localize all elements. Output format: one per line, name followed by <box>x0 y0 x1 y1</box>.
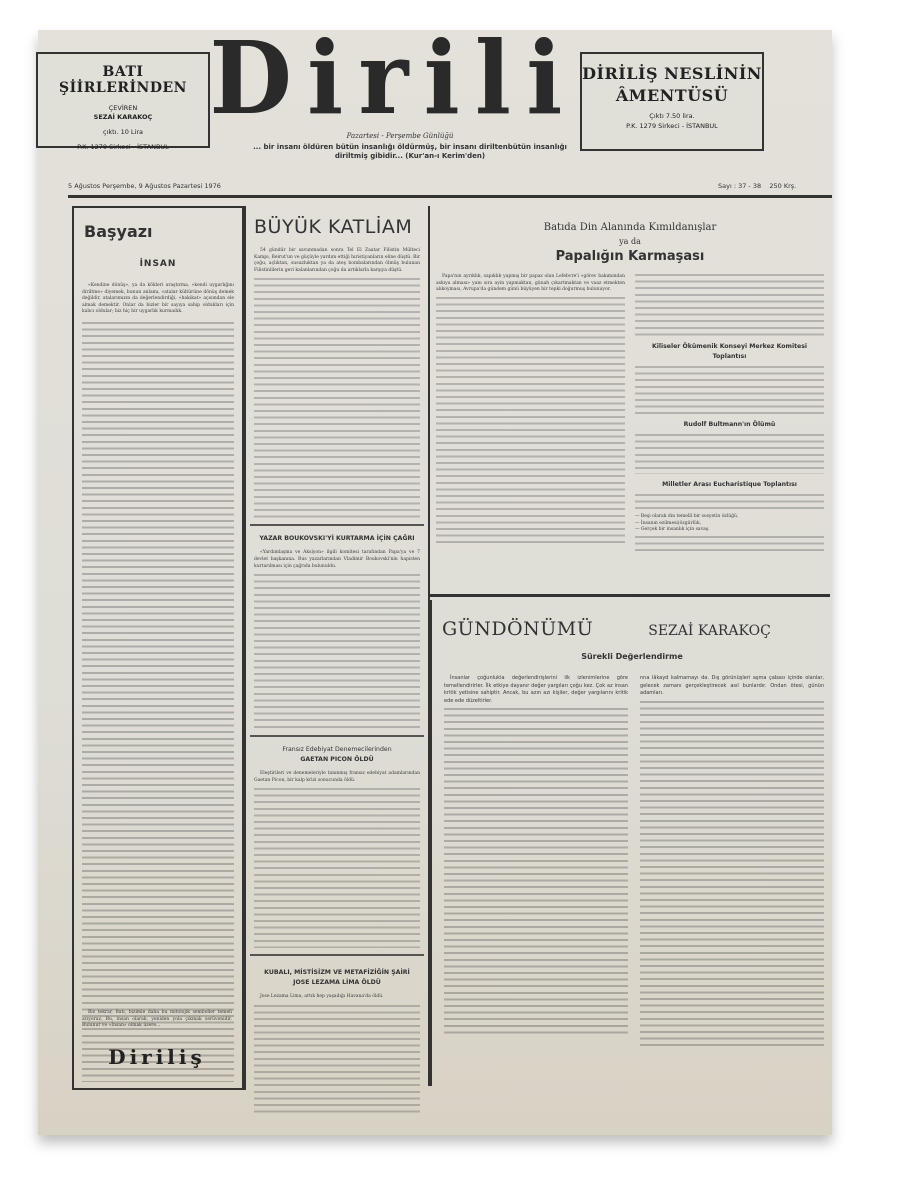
lezama-title-line1: KUBALI, MİSTİSİZM VE METAFİZİĞİN ŞAİRİ <box>246 968 428 978</box>
gundonumu-lead: İnsanlar çoğunlukla değerlendirişlerini … <box>444 675 628 705</box>
ad-left-price: çıktı. 10 Lira <box>38 128 208 136</box>
picon-title: GAETAN PICON ÖLDÜ <box>246 755 428 765</box>
papalik-title: Papalığın Karmaşası <box>430 249 830 264</box>
ad-left-address: P.K. 1279 Sirkeci - İSTANBUL <box>38 143 208 151</box>
papalik-body-a <box>436 297 625 547</box>
gundonumu-col-a: İnsanlar çoğunlukla değerlendirişlerini … <box>444 675 628 1046</box>
divider <box>250 735 424 737</box>
papalik-kicker: Batıda Din Alanında Kımıldanışlar <box>430 222 830 233</box>
ad-right-price: Çıktı 7.50 lira. <box>582 112 762 120</box>
buyuk-katliam-title: BÜYÜK KATLİAM <box>254 216 428 238</box>
picon-body <box>254 788 420 948</box>
eucharistique-list-3: — Gerçek bir insanlık için savaş. <box>635 527 824 534</box>
ad-left-title: BATI ŞİİRLERİNDEN <box>38 64 208 96</box>
gundonumu-article: GÜNDÖNÜMÜ SEZAİ KARAKOÇ Sürekli Değerlen… <box>430 600 832 1086</box>
papalik-connector: ya da <box>430 237 830 246</box>
masthead-logo: Diriliş <box>210 28 571 128</box>
ad-dirilis-neslinin-amentusu: DİRİLİŞ NESLİNİN ÂMENTÜSÜ Çıktı 7.50 lir… <box>580 52 764 151</box>
papalik-col-a: Papa'nın ayrıklık, sapıklık yapmış bir p… <box>436 274 625 556</box>
ad-bati-siirlerinden: BATI ŞİİRLERİNDEN ÇEVİREN SEZAİ KARAKOÇ … <box>36 52 210 148</box>
gundonumu-header: GÜNDÖNÜMÜ SEZAİ KARAKOÇ <box>442 618 832 640</box>
editorial-column: Başyazı İNSAN «Kendine dönüş», ya da kök… <box>72 206 246 1090</box>
masthead-slogan: ... bir insanı öldüren bütün insanlığı ö… <box>250 143 570 161</box>
papalik-col-b: Kiliseler Ökümenik Konseyi Merkez Komite… <box>635 274 824 556</box>
ad-left-translator-label: ÇEVİREN <box>38 104 208 112</box>
editorial-section-heading: Başyazı <box>84 222 242 241</box>
ad-right-address: P.K. 1279 Sirkeci - İSTANBUL <box>582 122 762 130</box>
issue-info: Sayı : 37 - 38 250 Krş. <box>718 182 796 190</box>
issue-price: 250 Krş. <box>769 182 796 190</box>
news-column: BÜYÜK KATLİAM 54 gündür bir savunmadan s… <box>244 206 430 1086</box>
editorial-footer-logo: Diriliş <box>82 1045 232 1069</box>
gundonumu-col-b-lead: nna lâkayd kalmamayı da. Dış görünüşleri… <box>640 675 824 698</box>
side-head-bultmann: Rudolf Bultmann'ın Ölümü <box>635 420 824 430</box>
gundonumu-body-b <box>640 701 824 1046</box>
ad-right-title-line1: DİRİLİŞ NESLİNİN <box>582 64 762 84</box>
lezama-body <box>254 1005 420 1115</box>
divider <box>250 524 424 526</box>
buyuk-katliam-lead: 54 gündür bir savunmadan sonra Tel El Za… <box>254 248 420 274</box>
picon-lead: Eleştirileri ve denemeleriyle tanınmış f… <box>254 771 420 784</box>
gundonumu-subtitle: Sürekli Değerlendirme <box>432 652 832 661</box>
gundonumu-columns: İnsanlar çoğunlukla değerlendirişlerini … <box>444 675 824 1046</box>
editorial-closing: Biz tekrar, Batı, bizimle daha bu mitolo… <box>82 1010 232 1030</box>
divider <box>250 954 424 956</box>
boukovski-lead: «Yardımlaşma ve Aksiyon» ilgili komitesi… <box>254 550 420 570</box>
ad-left-translator: SEZAİ KARAKOÇ <box>38 113 208 121</box>
ad-right-title-line2: ÂMENTÜSÜ <box>582 86 762 106</box>
papalik-lead: Papa'nın ayrıklık, sapıklık yapmış bir p… <box>436 274 625 294</box>
issue-number: Sayı : 37 - 38 <box>718 182 761 190</box>
masthead-rule <box>68 195 832 198</box>
lezama-lead: Jose Lezama Lima, artık hep yaşadığı Hav… <box>254 994 420 1001</box>
dateline: 5 Ağustos Perşembe, 9 Ağustos Pazartesi … <box>68 182 221 190</box>
gundonumu-col-b: nna lâkayd kalmamayı da. Dış görünüşleri… <box>640 675 824 1046</box>
eucharistique-body <box>635 494 824 514</box>
gundonumu-title: GÜNDÖNÜMÜ <box>442 618 593 640</box>
boukovski-title: YAZAR BOUKOVSKI'Yİ KURTARMA İÇİN ÇAĞRI <box>246 534 428 544</box>
eucharistique-body-2 <box>635 536 824 556</box>
eucharistique-list-1: — Beşi olarak din temelli bir sosyetin ö… <box>635 514 824 521</box>
buyuk-katliam-body <box>254 278 420 518</box>
gundonumu-author: SEZAİ KARAKOÇ <box>648 623 771 639</box>
boukovski-body <box>254 574 420 729</box>
bultmann-body <box>635 434 824 474</box>
masthead-frequency: Pazartesi - Perşembe Günlüğü <box>270 132 530 140</box>
side-head-komite: Kiliseler Ökümenik Konseyi Merkez Komite… <box>635 342 824 362</box>
side-head-eucharistique: Milletler Arası Eucharistique Toplantısı <box>635 480 824 490</box>
editorial-body-text <box>82 322 234 1082</box>
editorial-lead: «Kendine dönüş», ya da kökleri araştırma… <box>82 283 234 316</box>
lezama-title-line2: JOSE LEZAMA LİMA ÖLDÜ <box>246 978 428 988</box>
gundonumu-body-a <box>444 708 628 1038</box>
section-rule <box>430 594 830 597</box>
papalik-body-b1 <box>635 274 824 336</box>
papalik-columns: Papa'nın ayrıklık, sapıklık yapmış bir p… <box>436 274 824 556</box>
editorial-title: İNSAN <box>74 259 242 269</box>
papalik-article: Batıda Din Alanında Kımıldanışlar ya da … <box>430 206 830 572</box>
komite-body <box>635 366 824 414</box>
picon-kicker: Fransız Edebiyat Denemecilerinden <box>246 745 428 755</box>
